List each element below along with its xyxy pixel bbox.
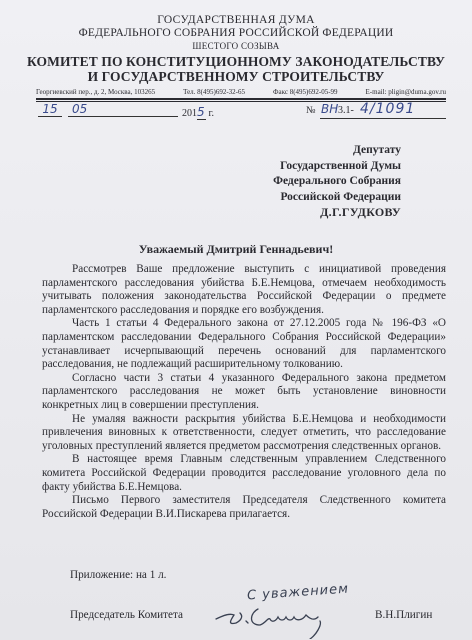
number-handwritten-code: 4/1091 bbox=[360, 101, 415, 117]
recipient-name: Д.Г.ГУДКОВУ bbox=[320, 205, 401, 220]
signature-scribble-icon bbox=[210, 599, 370, 639]
letter-body: Рассмотрев Ваше предложение выступить с … bbox=[42, 263, 446, 521]
registration-date: 15 05 2015 г. bbox=[36, 104, 216, 120]
body-paragraph: Письмо Первого заместителя Председателя … bbox=[42, 494, 446, 521]
letterhead-duma: ГОСУДАРСТВЕННАЯ ДУМА bbox=[0, 14, 472, 26]
registration-number: № ВН 3.1- 4/1091 bbox=[304, 104, 446, 120]
postal-address: Георгиевский пер., д. 2, Москва, 103265 bbox=[36, 88, 155, 96]
number-handwritten-prefix: ВН bbox=[321, 102, 338, 116]
letter-page: ГОСУДАРСТВЕННАЯ ДУМА ФЕДЕРАЛЬНОГО СОБРАН… bbox=[0, 0, 472, 640]
date-day: 15 bbox=[38, 102, 62, 117]
fax-number: Факс 8(495)692-05-99 bbox=[273, 88, 338, 96]
number-printed-code: 3.1- bbox=[338, 105, 354, 116]
letterhead-rule-thick bbox=[36, 98, 446, 100]
letterhead-contacts: Георгиевский пер., д. 2, Москва, 103265 … bbox=[36, 88, 446, 96]
addressee-line: Федерального Собрания bbox=[273, 174, 401, 190]
addressee-line: Российской Федерации bbox=[273, 190, 401, 206]
date-month: 05 bbox=[68, 102, 178, 117]
addressee-block: Депутату Государственной Думы Федерально… bbox=[273, 143, 401, 205]
appendix-note: Приложение: на 1 л. bbox=[70, 569, 166, 581]
email-address: E-mail: pligin@duma.gov.ru bbox=[366, 88, 446, 96]
date-year: 2015 г. bbox=[182, 105, 214, 120]
letterhead-committee-line2: И ГОСУДАРСТВЕННОМУ СТРОИТЕЛЬСТВУ bbox=[0, 69, 472, 85]
signatory-name: В.Н.Плигин bbox=[375, 609, 432, 621]
letterhead-federal-assembly: ФЕДЕРАЛЬНОГО СОБРАНИЯ РОССИЙСКОЙ ФЕДЕРАЦ… bbox=[0, 27, 472, 39]
addressee-line: Государственной Думы bbox=[273, 159, 401, 175]
date-year-digit: 5 bbox=[197, 105, 206, 120]
number-sign: № bbox=[306, 105, 316, 116]
addressee-line: Депутату bbox=[273, 143, 401, 159]
letterhead-convocation: ШЕСТОГО СОЗЫВА bbox=[0, 41, 472, 51]
body-paragraph: Рассмотрев Ваше предложение выступить с … bbox=[42, 263, 446, 317]
body-paragraph: Не умаляя важности раскрытия убийства Б.… bbox=[42, 413, 446, 454]
body-paragraph: Согласно части 3 статьи 4 указанного Фед… bbox=[42, 372, 446, 413]
signatory-role: Председатель Комитета bbox=[70, 609, 183, 621]
body-paragraph: Часть 1 статьи 4 Федерального закона от … bbox=[42, 317, 446, 371]
letterhead-committee-line1: КОМИТЕТ ПО КОНСТИТУЦИОННОМУ ЗАКОНОДАТЕЛЬ… bbox=[0, 54, 472, 70]
body-paragraph: В настоящее время Главным следственным у… bbox=[42, 453, 446, 494]
salutation: Уважаемый Дмитрий Геннадьевич! bbox=[0, 242, 472, 257]
phone-number: Тел. 8(495)692-32-65 bbox=[183, 88, 245, 96]
